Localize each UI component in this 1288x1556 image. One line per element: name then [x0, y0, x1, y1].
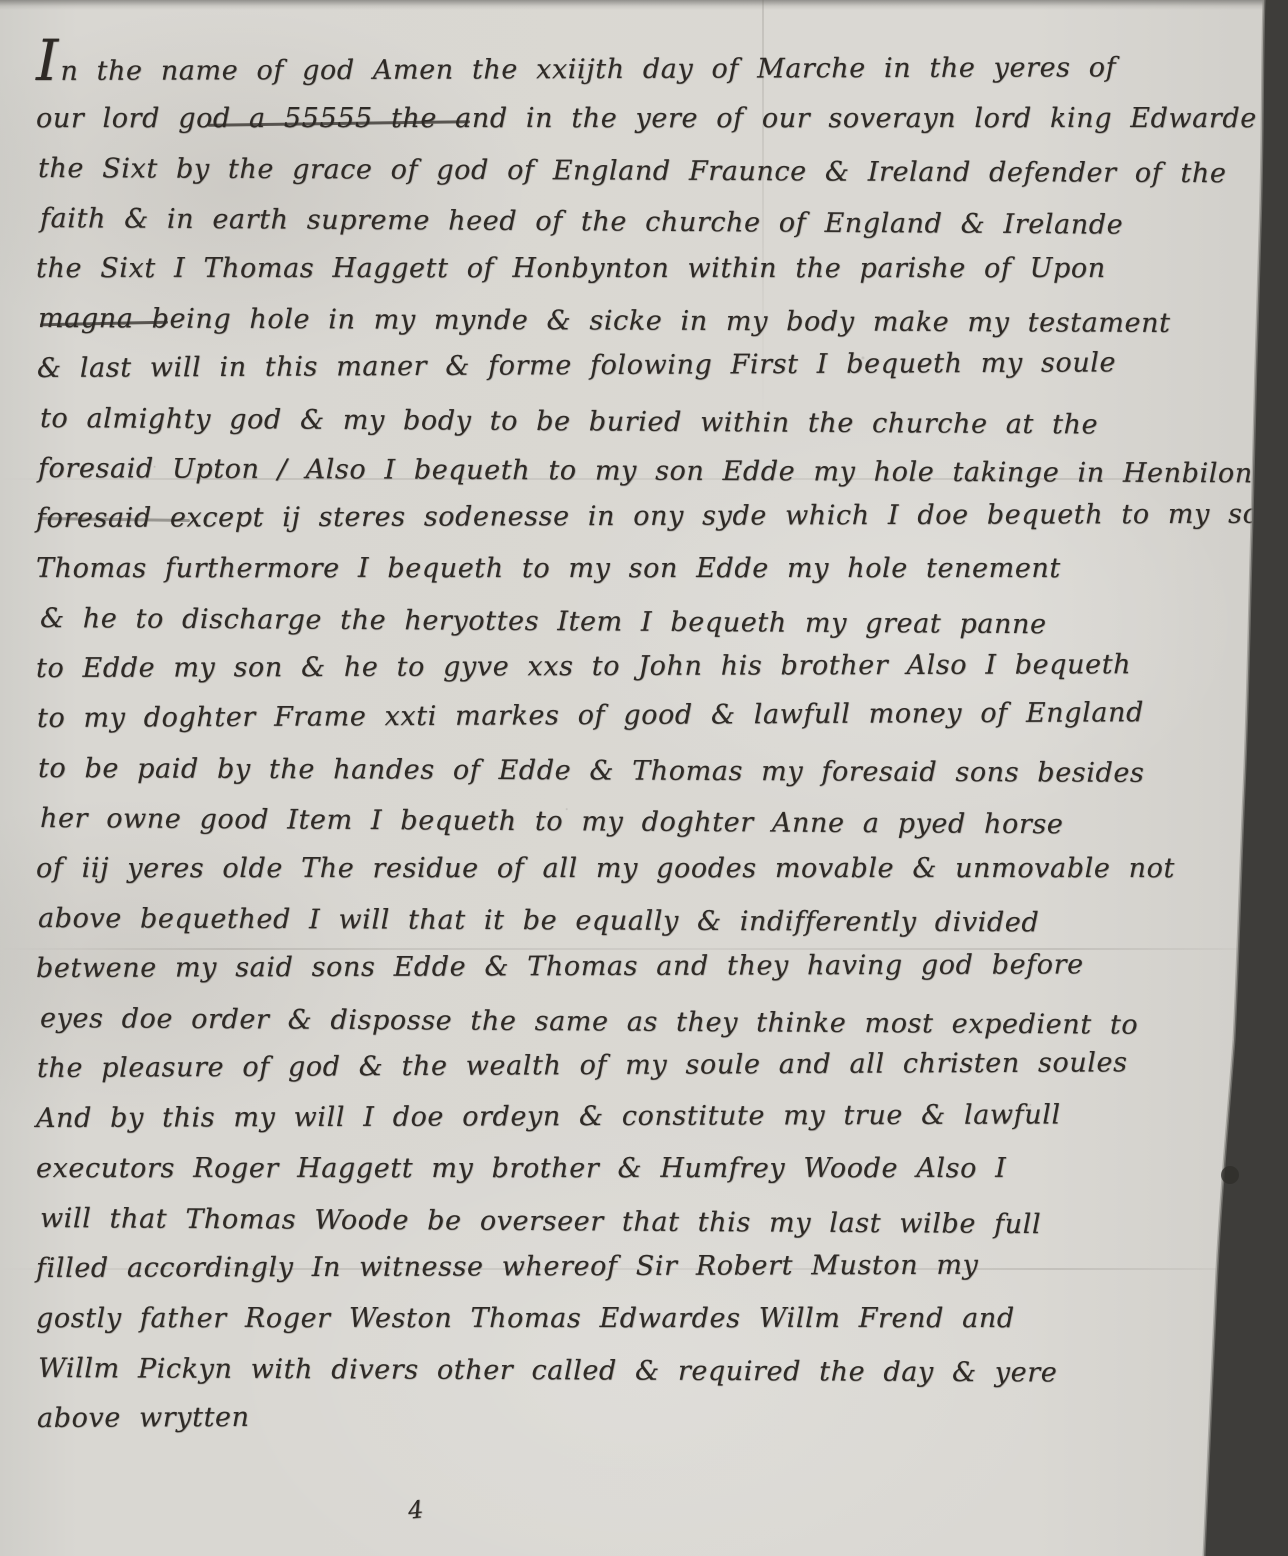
manuscript-line: to Edde my son & he to gyve xxs to John …	[36, 640, 1218, 694]
manuscript-line: the Sixt I Thomas Haggett of Honbynton w…	[36, 244, 1218, 294]
manuscript-line: the Sixt by the grace of god of England …	[38, 144, 1220, 199]
torn-page-edge	[1168, 0, 1288, 1556]
manuscript-line: Thomas furthermore I bequeth to my son E…	[36, 544, 1218, 594]
manuscript-line: And by this my will I doe ordeyn & const…	[36, 1090, 1218, 1144]
manuscript-line: & last will in this maner & forme folowi…	[37, 338, 1219, 394]
manuscript-line: the pleasure of god & the wealth of my s…	[37, 1038, 1219, 1094]
manuscript-line: to be paid by the handes of Edde & Thoma…	[38, 744, 1220, 799]
manuscript-line: faith & in earth supreme heed of the chu…	[40, 194, 1222, 251]
bottom-mark: 4	[407, 1495, 425, 1524]
manuscript-line: betwene my said sons Edde & Thomas and t…	[36, 940, 1218, 994]
manuscript-line: to almighty god & my body to be buried w…	[40, 394, 1222, 451]
manuscript-line: above wrytten	[37, 1388, 1219, 1444]
manuscript-line: to my doghter Frame xxti markes of good …	[37, 688, 1219, 744]
manuscript-line: gostly father Roger Weston Thomas Edward…	[36, 1294, 1218, 1344]
manuscript-text: In the name of god Amen the xxiijth day …	[36, 44, 1218, 1444]
manuscript-page: In the name of god Amen the xxiijth day …	[0, 0, 1288, 1556]
manuscript-line: our lord god a 55555 the and in the yere…	[36, 94, 1218, 144]
manuscript-line: foresaid except ij steres sodenesse in o…	[36, 490, 1218, 544]
manuscript-line: of iij yeres olde The residue of all my …	[36, 844, 1218, 894]
manuscript-line: In the name of god Amen the xxiijth day …	[36, 40, 1218, 94]
manuscript-line: her owne good Item I bequeth to my doght…	[40, 794, 1222, 851]
manuscript-line: executors Roger Haggett my brother & Hum…	[36, 1144, 1218, 1194]
manuscript-line: filled accordingly In witnesse whereof S…	[36, 1240, 1218, 1294]
top-edge-shadow	[0, 0, 1288, 10]
